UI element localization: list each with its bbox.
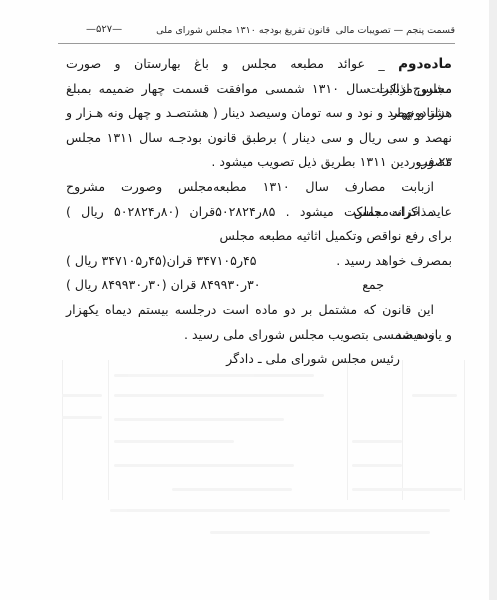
total-value: ۳۰ر۸۴۹۹۳۰ قران (۳۰ر۸۴۹۹۳۰ ریال ) [66, 273, 261, 298]
header-rule [58, 43, 455, 44]
paragraph-line: عاید خزانه مملکت میشود . ۸۵ر۵۰۲۸۲۴قران (… [66, 200, 452, 225]
article-first-line: ماده‌دوم _ عوائد مطبعه مجلس و باغ بهارست… [66, 52, 452, 77]
bleed-through-text [100, 505, 460, 545]
article-text-line: ۲۳ فروردین ۱۳۱۱ بطریق ذیل تصویب میشود . [66, 150, 452, 175]
closing-line: این قانون که مشتمل بر دو ماده است درجلسه… [66, 298, 452, 323]
bleed-through-table [62, 360, 465, 500]
header-section-title: قسمت پنجم — تصویبات مالی [336, 25, 455, 36]
header-law-title: قانون تفریغ بودجه ۱۳۱۰ مجلس شورای ملی [156, 25, 330, 36]
amount-row-expense: بمصرف خواهد رسید . ۴۵ر۳۴۷۱۰۵ قران(۴۵ر۳۴۷… [66, 249, 452, 274]
closing-line: و یازده شمسی بتصویب مجلس شورای ملی رسید … [66, 323, 452, 348]
paragraph-line: برای رفع نواقص وتکمیل اثاثیه مطبعه مجلس [66, 224, 452, 249]
amount-value: ۴۵ر۳۴۷۱۰۵ قران(۴۵ر۳۴۷۱۰۵ ریال ) [66, 249, 257, 274]
document-body: ماده‌دوم _ عوائد مطبعه مجلس و باغ بهارست… [66, 52, 452, 372]
running-header: قسمت پنجم — تصویبات مالی قانون تفریغ بود… [58, 22, 455, 42]
article-text-line: هزار و نهصد و نود و سه تومان وسیصد دینار… [66, 101, 452, 126]
amount-row-total: جمع ۳۰ر۸۴۹۹۳۰ قران (۳۰ر۸۴۹۹۳۰ ریال ) [66, 273, 452, 298]
amount-label: بمصرف خواهد رسید . [336, 249, 452, 274]
article-text-line: نهصد و سی ریال و سی دینار ) برطبق قانون … [66, 126, 452, 151]
article-text-line: مجلس ازبابت سال ۱۳۱۰ شمسی موافقت قسمت چه… [66, 77, 452, 102]
page-number: —۵۲۷— [86, 24, 122, 35]
paragraph-line: ازبابت مصارف سال ۱۳۱۰ مطبعه‌مجلس وصورت م… [66, 175, 452, 200]
scanned-page: قسمت پنجم — تصویبات مالی قانون تفریغ بود… [0, 0, 489, 600]
total-label: جمع [362, 273, 384, 298]
article-label: ماده‌دوم [398, 56, 452, 72]
page-edge-shadow [489, 0, 497, 600]
